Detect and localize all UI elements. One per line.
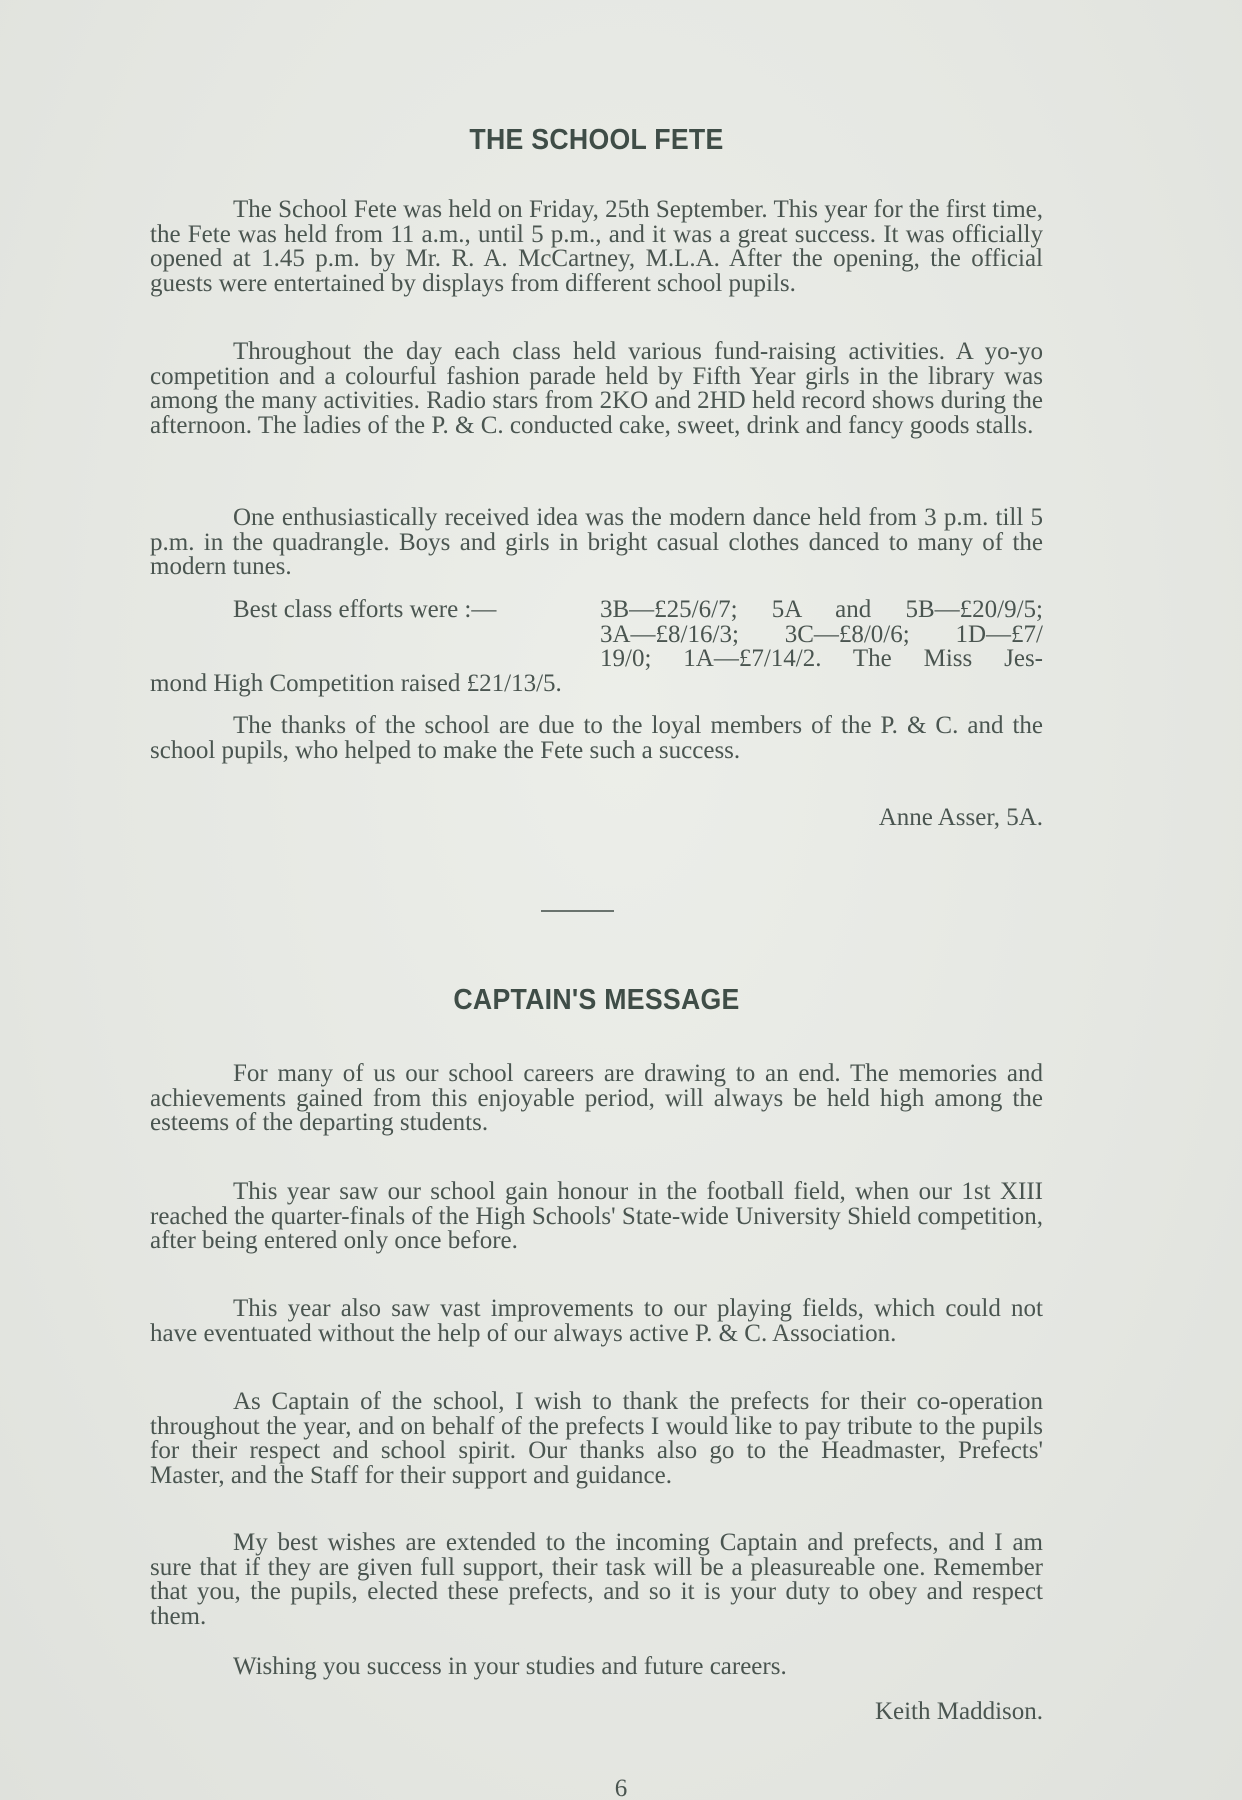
paragraph: One enthusiastically received idea was t…: [150, 506, 1043, 580]
captains-message-body-3: This year also saw vast improvements to …: [150, 1297, 1043, 1346]
paragraph: For many of us our school careers are dr…: [150, 1062, 1043, 1136]
paragraph: The School Fete was held on Friday, 25th…: [150, 198, 1043, 296]
efforts-list: 3B—£25/6/7; 5A and 5B—£20/9/5; 3A—£8/16/…: [600, 598, 1043, 672]
captains-message-body-6: Wishing you success in your studies and …: [150, 1655, 1043, 1680]
captains-message-body-2: This year saw our school gain honour in …: [150, 1180, 1043, 1254]
captains-message-body-1: For many of us our school careers are dr…: [150, 1062, 1043, 1136]
article-school-fete-body: The School Fete was held on Friday, 25th…: [150, 198, 1043, 296]
signature-block-2: Keith Maddison.: [150, 1700, 1043, 1725]
article-title: THE SCHOOL FETE: [186, 128, 1008, 153]
author-signature: Keith Maddison.: [150, 1700, 1043, 1725]
page-number: 6: [0, 1775, 1242, 1800]
best-class-efforts: Best class efforts were :— 3B—£25/6/7; 5…: [150, 598, 1043, 696]
section-divider: [541, 910, 614, 912]
article-school-fete-closing: The thanks of the school are due to the …: [150, 714, 1043, 763]
signature-block: Anne Asser, 5A.: [150, 806, 1043, 831]
efforts-line: 3A—£8/16/3; 3C—£8/0/6; 1D—£7/: [600, 623, 1043, 648]
article-school-fete-body-2: Throughout the day each class held vario…: [150, 340, 1043, 438]
paragraph: Wishing you success in your studies and …: [150, 1655, 1043, 1680]
article-school-fete: THE SCHOOL FETE: [150, 128, 1043, 153]
author-signature: Anne Asser, 5A.: [150, 806, 1043, 831]
paragraph: This year also saw vast improvements to …: [150, 1297, 1043, 1346]
document-page: THE SCHOOL FETE The School Fete was held…: [0, 0, 1242, 1800]
article-captains-message: CAPTAIN'S MESSAGE: [150, 988, 1043, 1013]
paragraph: This year saw our school gain honour in …: [150, 1180, 1043, 1254]
efforts-line: 19/0; 1A—£7/14/2. The Miss Jes-: [600, 647, 1043, 672]
article-title: CAPTAIN'S MESSAGE: [186, 988, 1008, 1013]
paragraph: My best wishes are extended to the incom…: [150, 1531, 1043, 1629]
article-school-fete-body-3: One enthusiastically received idea was t…: [150, 506, 1043, 580]
paragraph: Throughout the day each class held vario…: [150, 340, 1043, 438]
captains-message-body-4: As Captain of the school, I wish to than…: [150, 1390, 1043, 1488]
efforts-continuation: mond High Competition raised £21/13/5.: [150, 672, 1043, 697]
captains-message-body-5: My best wishes are extended to the incom…: [150, 1531, 1043, 1629]
paragraph: The thanks of the school are due to the …: [150, 714, 1043, 763]
efforts-line: 3B—£25/6/7; 5A and 5B—£20/9/5;: [600, 598, 1043, 623]
paragraph: As Captain of the school, I wish to than…: [150, 1390, 1043, 1488]
